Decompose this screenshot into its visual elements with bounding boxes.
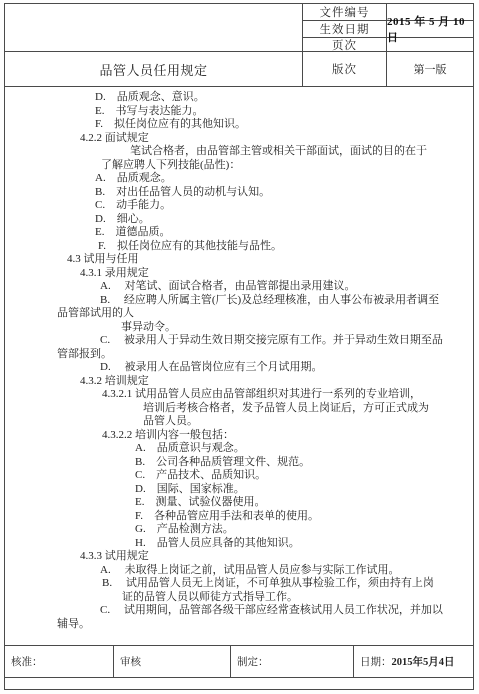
document-line: 证的品管人员以师徒方式指导工作。	[5, 591, 473, 605]
document-line: E. 道德品质。	[5, 226, 473, 240]
document-line: D. 细心。	[5, 213, 473, 227]
document-line: 品管部试用的人	[5, 307, 473, 321]
document-line: E. 书写与表达能力。	[5, 105, 473, 119]
approve-cell: 核准：	[5, 646, 114, 677]
document-line: B. 对出任品管人员的动机与认知。	[5, 186, 473, 200]
approve-label: 核准：	[11, 654, 43, 669]
header-blank-cell	[5, 4, 302, 52]
document-line: A. 对笔试、面试合格者，由品管部提出录用建议。	[5, 280, 473, 294]
header-fields-table: 文件编号 生效日期 2015 年 5 月 10 日 页次 版次 第一版	[302, 4, 473, 86]
document-line: F. 各种品管应用手法和表单的使用。	[5, 510, 473, 524]
document-title: 品管人员任用规定	[5, 52, 302, 86]
document-line: E. 测量、试验仪器使用。	[5, 496, 473, 510]
field-label-doc-number: 文件编号	[303, 4, 387, 20]
field-label-effective-date: 生效日期	[303, 21, 387, 37]
document-line: D. 被录用人在品管岗位应有三个月试用期。	[5, 361, 473, 375]
date-cell: 日期：2015年5月4日	[354, 646, 473, 677]
bottom-blank-row	[5, 678, 473, 689]
field-value-page-number	[387, 38, 473, 51]
document-line: 了解应聘人下列技能(品性)：	[5, 159, 473, 173]
document-line: C. 被录用人于异动生效日期交接完原有工作。并于异动生效日期至品	[5, 334, 473, 348]
field-row-effective-date: 生效日期 2015 年 5 月 10 日	[303, 21, 473, 38]
document-line: 4.3 试用与任用	[5, 253, 473, 267]
document-line: 管部报到。	[5, 348, 473, 362]
signature-row: 核准： 审核 制定： 日期：2015年5月4日	[5, 645, 473, 678]
document-line: 培训后考核合格者，发予品管人员上岗证后，方可正式成为	[5, 402, 473, 416]
document-line: 4.2.2 面试规定	[5, 132, 473, 146]
review-label: 审核	[120, 654, 141, 669]
draft-label: 制定：	[237, 654, 269, 669]
document-line: G. 产品检测方法。	[5, 523, 473, 537]
field-label-version: 版次	[303, 52, 387, 86]
document-line: 笔试合格者，由品管部主管或相关干部面试，面试的目的在于	[5, 145, 473, 159]
header-left-section: 品管人员任用规定	[5, 4, 302, 86]
document-line: A. 品质观念。	[5, 172, 473, 186]
date-label: 日期：	[360, 654, 392, 669]
document-line: 4.3.2.2 培训内容一般包括：	[5, 429, 473, 443]
review-cell: 审核	[114, 646, 231, 677]
document-line: 4.3.2 培训规定	[5, 375, 473, 389]
document-line: D. 国际、国家标准。	[5, 483, 473, 497]
field-value-effective-date: 2015 年 5 月 10 日	[387, 21, 473, 37]
field-label-page-number: 页次	[303, 38, 387, 51]
document-line: F. 拟任岗位应有的其他技能与品性。	[5, 240, 473, 254]
draft-cell: 制定：	[231, 646, 354, 677]
document-line: B. 试用品管人员无上岗证，不可单独从事检验工作，须由持有上岗	[5, 577, 473, 591]
document-header: 品管人员任用规定 文件编号 生效日期 2015 年 5 月 10 日 页次 版次	[5, 4, 473, 87]
document-line: 辅导。	[5, 618, 473, 632]
field-row-page-number: 页次	[303, 38, 473, 52]
document-line: C. 动手能力。	[5, 199, 473, 213]
document-line: F. 拟任岗位应有的其他知识。	[5, 118, 473, 132]
document-line: B. 公司各种品质管理文件、规范。	[5, 456, 473, 470]
document-line: H. 品管人员应具备的其他知识。	[5, 537, 473, 551]
field-value-version: 第一版	[387, 52, 473, 86]
document-line: 事异动令。	[5, 321, 473, 335]
document-line: 4.3.3 试用规定	[5, 550, 473, 564]
document-line: A. 未取得上岗证之前，试用品管人员应参与实际工作试用。	[5, 564, 473, 578]
document-line: B. 经应聘人所属主管(厂长)及总经理核准，由人事公布被录用者调至	[5, 294, 473, 308]
document-line: D. 品质观念、意识。	[5, 91, 473, 105]
document-sheet: 品管人员任用规定 文件编号 生效日期 2015 年 5 月 10 日 页次 版次	[4, 3, 474, 690]
document-line: A. 品质意识与观念。	[5, 442, 473, 456]
date-value: 2015年5月4日	[392, 654, 455, 669]
document-page: 品管人员任用规定 文件编号 生效日期 2015 年 5 月 10 日 页次 版次	[0, 0, 479, 694]
field-row-version: 版次 第一版	[303, 52, 473, 86]
document-line: C. 产品技术、品质知识。	[5, 469, 473, 483]
document-line: 4.3.2.1 试用品管人员应由品管部组织对其进行一系列的专业培训，	[5, 388, 473, 402]
document-body: D. 品质观念、意识。E. 书写与表达能力。F. 拟任岗位应有的其他知识。4.2…	[5, 87, 473, 645]
document-line: 品管人员。	[5, 415, 473, 429]
document-line: C. 试用期间，品管部各级干部应经常查核试用人员工作状况，并加以	[5, 604, 473, 618]
document-line: 4.3.1 录用规定	[5, 267, 473, 281]
